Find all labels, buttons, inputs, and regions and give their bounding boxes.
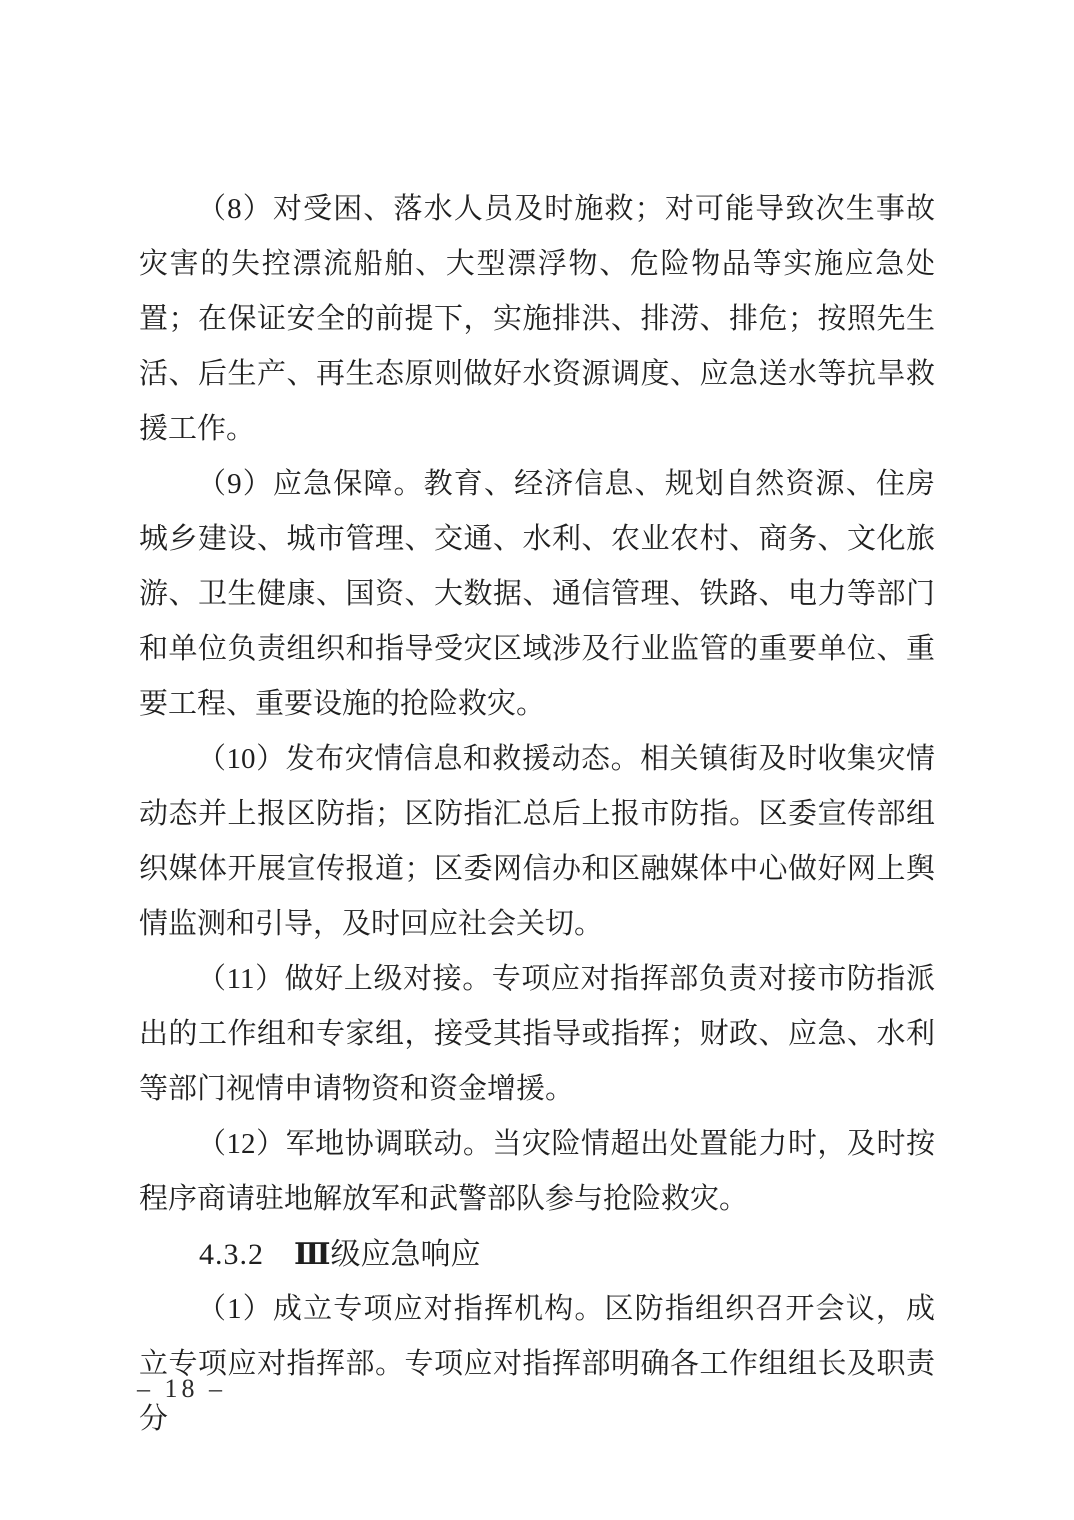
page-number: – 18 – bbox=[137, 1372, 226, 1406]
paragraph-item-9: （9）应急保障。教育、经济信息、规划自然资源、住房城乡建设、城市管理、交通、水利… bbox=[139, 457, 935, 732]
section-title: 级应急响应 bbox=[331, 1238, 481, 1271]
document-page: （8）对受困、落水人员及时施救；对可能导致次生事故灾害的失控漂流船舶、大型漂浮物… bbox=[0, 0, 1074, 1520]
paragraph-item-12: （12）军地协调联动。当灾险情超出处置能力时，及时按程序商请驻地解放军和武警部队… bbox=[139, 1117, 935, 1227]
section-heading: 4.3.2Ⅲ级应急响应 bbox=[139, 1227, 935, 1282]
paragraph-item-10: （10）发布灾情信息和救援动态。相关镇街及时收集灾情动态并上报区防指；区防指汇总… bbox=[139, 732, 935, 952]
paragraph-item-1: （1）成立专项应对指挥机构。区防指组织召开会议，成立专项应对指挥部。专项应对指挥… bbox=[139, 1282, 935, 1447]
document-body: （8）对受困、落水人员及时施救；对可能导致次生事故灾害的失控漂流船舶、大型漂浮物… bbox=[139, 182, 935, 1447]
paragraph-item-11: （11）做好上级对接。专项应对指挥部负责对接市防指派出的工作组和专家组，接受其指… bbox=[139, 952, 935, 1117]
section-number: 4.3.2 bbox=[199, 1238, 264, 1271]
paragraph-item-8: （8）对受困、落水人员及时施救；对可能导致次生事故灾害的失控漂流船舶、大型漂浮物… bbox=[139, 182, 935, 457]
section-level-roman-numeral: Ⅲ bbox=[294, 1238, 331, 1271]
